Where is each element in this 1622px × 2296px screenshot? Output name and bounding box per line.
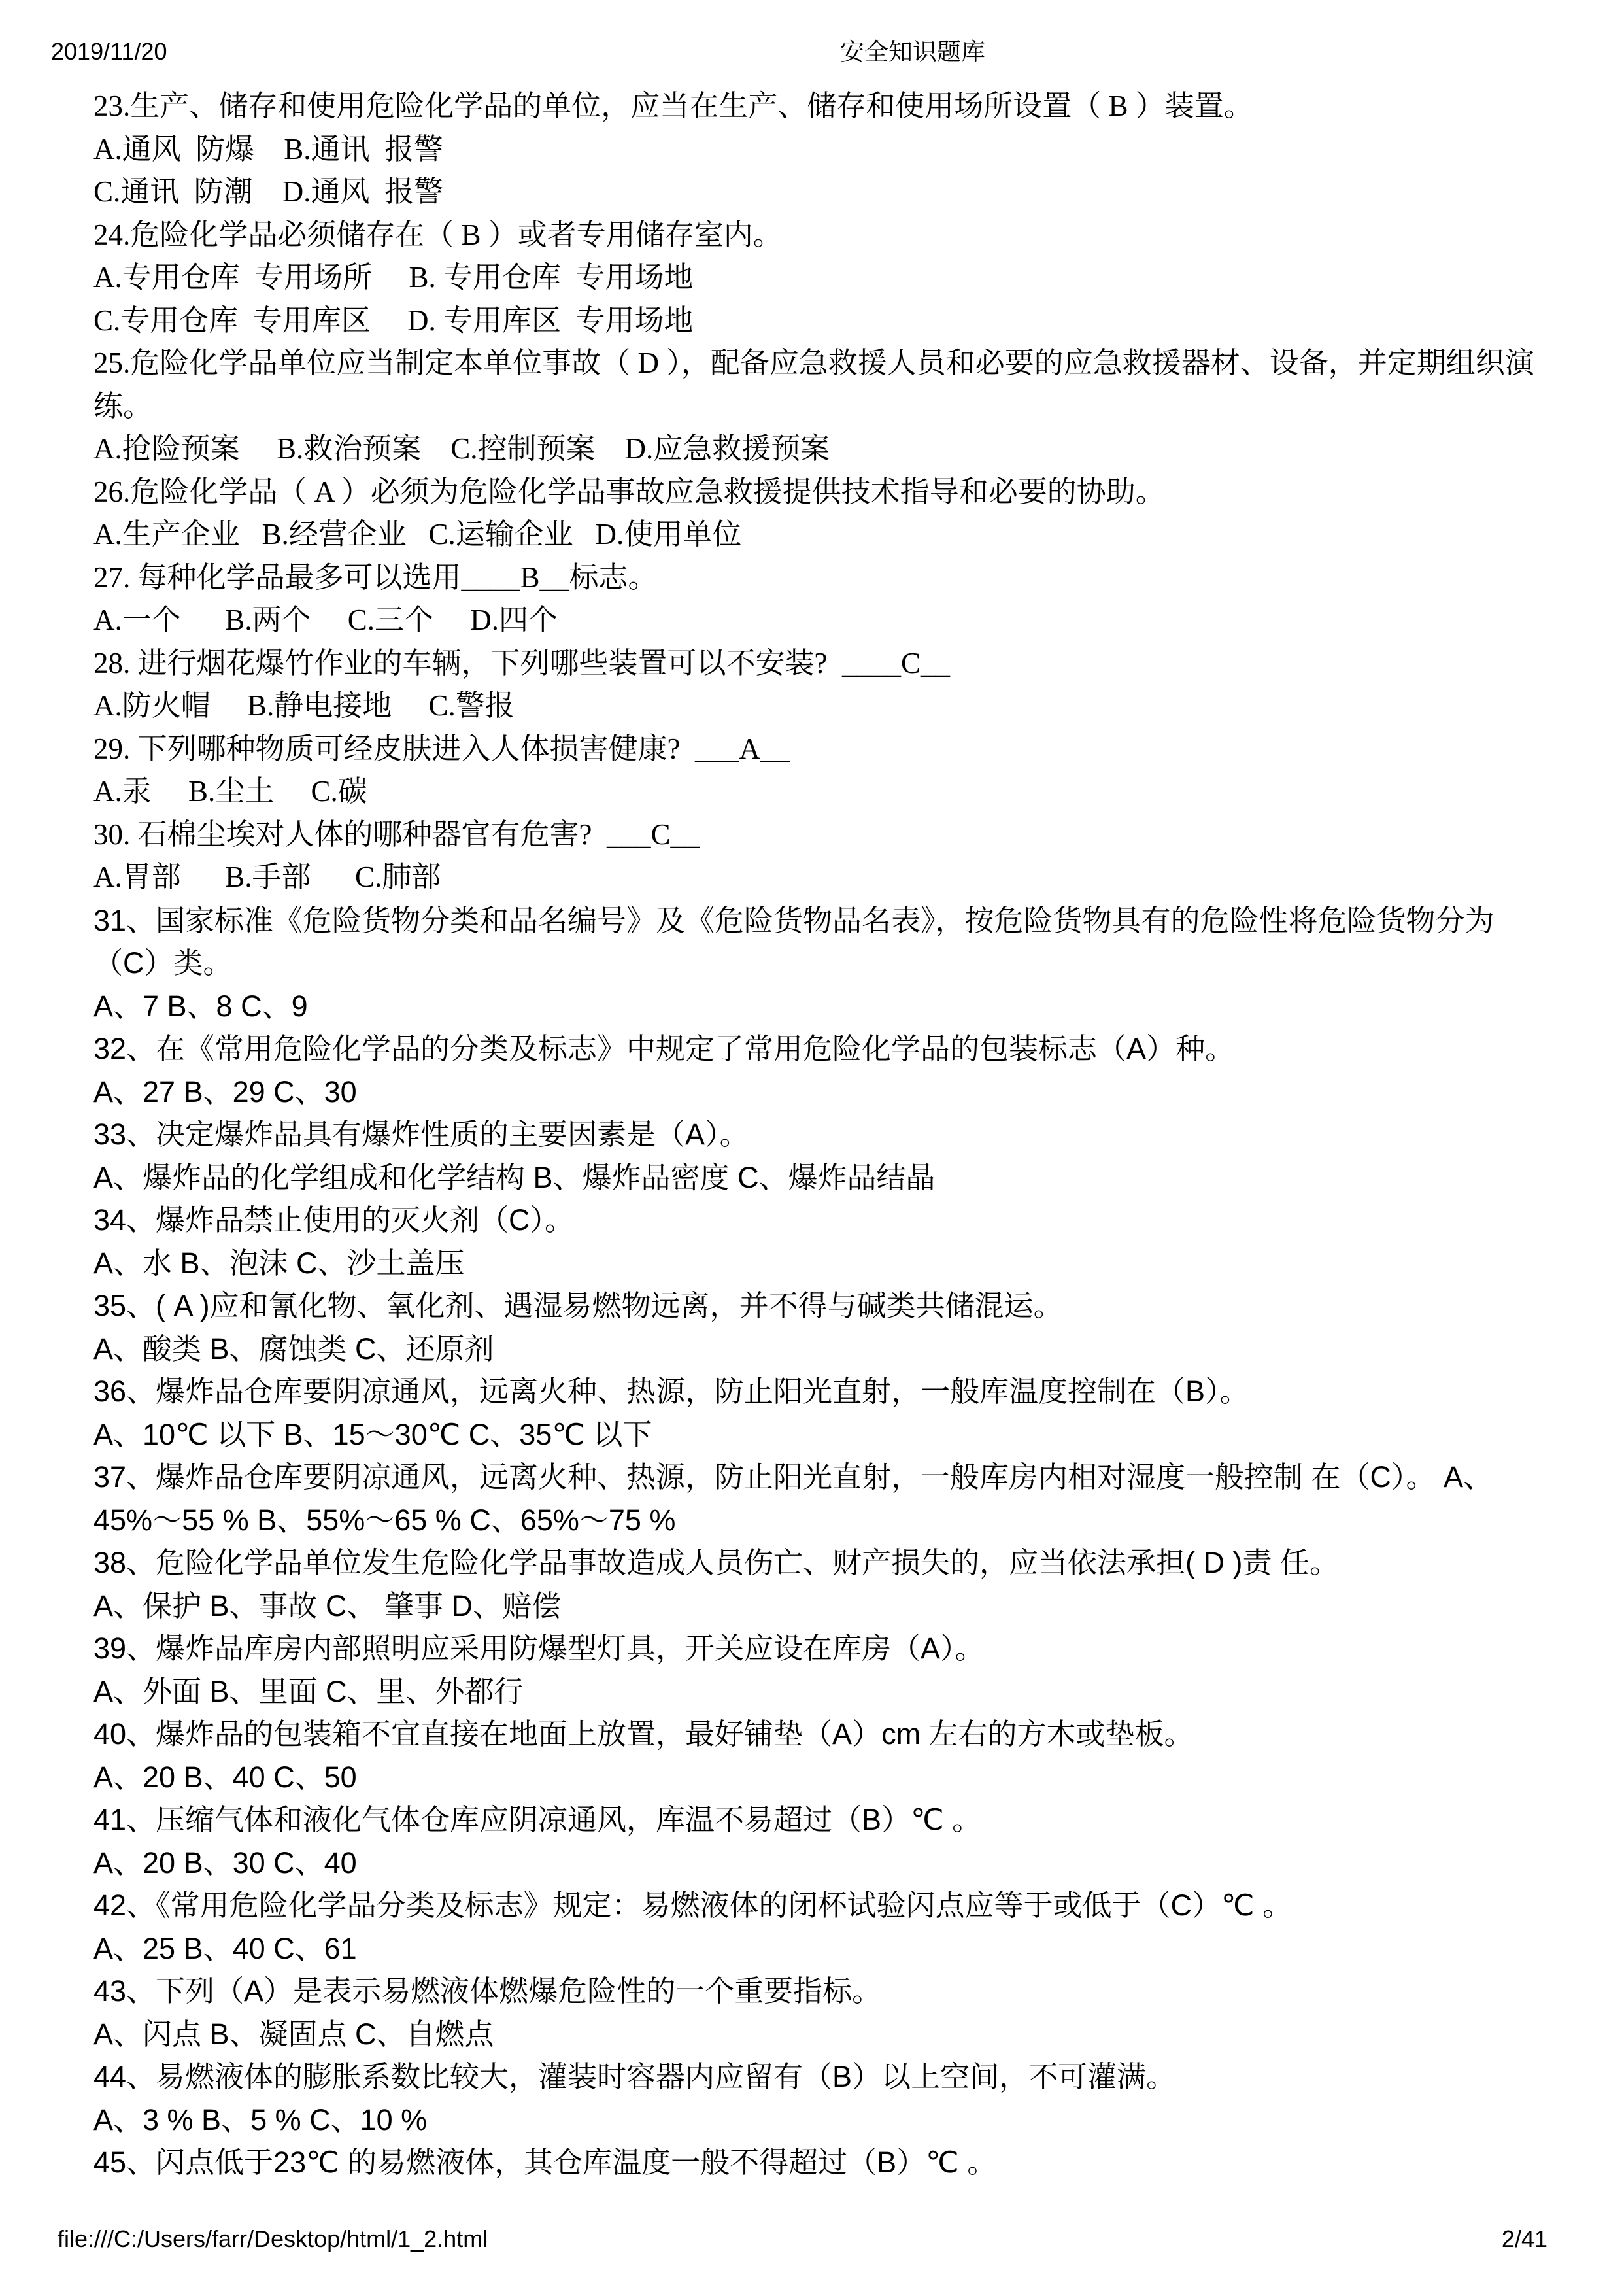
question-23-line-3: C.通讯 防潮 D.通风 报警 <box>93 171 1589 214</box>
question-39-line-1: 39、爆炸品库房内部照明应采用防爆型灯具，开关应设在库房（A）。 <box>93 1627 1589 1670</box>
footer-page-number: 2/41 <box>1502 2227 1547 2251</box>
question-37-line-1: 37、爆炸品仓库要阴凉通风，远离火种、热源，防止阳光直射，一般库房内相对湿度一般… <box>93 1456 1589 1499</box>
question-35-line-2: A、酸类 B、腐蚀类 C、还原剂 <box>93 1328 1589 1371</box>
question-list: 23.生产、储存和使用危险化学品的单位，应当在生产、储存和使用场所设置（ B ）… <box>93 85 1589 2184</box>
question-42-line-2: A、25 B、40 C、61 <box>93 1927 1589 1970</box>
question-34-line-1: 34、爆炸品禁止使用的灭火剂（C）。 <box>93 1199 1589 1242</box>
question-35-line-1: 35、( A )应和氰化物、氧化剂、遇湿易燃物远离，并不得与碱类共储混运。 <box>93 1284 1589 1328</box>
question-25-line-2: 练。 <box>93 385 1589 428</box>
question-29-line-2: A.汞 B.尘土 C.碳 <box>93 770 1589 814</box>
question-30-line-1: 30. 石棉尘埃对人体的哪种器官有危害? ___C__ <box>93 814 1589 857</box>
question-34-line-2: A、水 B、泡沫 C、沙土盖压 <box>93 1242 1589 1285</box>
header-title: 安全知识题库 <box>840 41 985 65</box>
question-23-line-1: 23.生产、储存和使用危险化学品的单位，应当在生产、储存和使用场所设置（ B ）… <box>93 85 1589 128</box>
question-39-line-2: A、外面 B、里面 C、里、外都行 <box>93 1670 1589 1713</box>
question-28-line-1: 28. 进行烟花爆竹作业的车辆，下列哪些装置可以不安装? ____C__ <box>93 642 1589 685</box>
question-43-line-2: A、闪点 B、凝固点 C、自燃点 <box>93 2013 1589 2056</box>
question-32-line-1: 32、在《常用危险化学品的分类及标志》中规定了常用危险化学品的包装标志（A）种。 <box>93 1027 1589 1071</box>
question-40-line-2: A、20 B、40 C、50 <box>93 1756 1589 1799</box>
question-33-line-2: A、爆炸品的化学组成和化学结构 B、爆炸品密度 C、爆炸品结晶 <box>93 1156 1589 1199</box>
question-29-line-1: 29. 下列哪种物质可经皮肤进入人体损害健康? ___A__ <box>93 728 1589 771</box>
question-37-line-2: 45%～55 % B、55%～65 % C、65%～75 % <box>93 1499 1589 1542</box>
question-31-line-2: （C）类。 <box>93 942 1589 985</box>
question-41-line-2: A、20 B、30 C、40 <box>93 1842 1589 1885</box>
question-27-line-2: A.一个 B.两个 C.三个 D.四个 <box>93 599 1589 642</box>
question-31-line-1: 31、国家标准《危险货物分类和品名编号》及《危险货物品名表》，按危险货物具有的危… <box>93 899 1589 942</box>
question-36-line-1: 36、爆炸品仓库要阴凉通风，远离火种、热源，防止阳光直射，一般库温度控制在（B）… <box>93 1370 1589 1413</box>
question-45-line-1: 45、闪点低于23℃ 的易燃液体，其仓库温度一般不得超过（B）℃ 。 <box>93 2141 1589 2184</box>
question-24-line-1: 24.危险化学品必须储存在（ B ）或者专用储存室内。 <box>93 214 1589 257</box>
question-25-line-1: 25.危险化学品单位应当制定本单位事故（ D ），配备应急救援人员和必要的应急救… <box>93 342 1589 385</box>
question-25-line-3: A.抢险预案 B.救治预案 C.控制预案 D.应急救援预案 <box>93 428 1589 471</box>
question-36-line-2: A、10℃ 以下 B、15～30℃ C、35℃ 以下 <box>93 1413 1589 1456</box>
question-41-line-1: 41、压缩气体和液化气体仓库应阴凉通风，库温不易超过（B）℃ 。 <box>93 1798 1589 1842</box>
question-38-line-2: A、保护 B、事故 C、 肇事 D、赔偿 <box>93 1585 1589 1628</box>
question-24-line-3: C.专用仓库 专用库区 D. 专用库区 专用场地 <box>93 300 1589 343</box>
question-38-line-1: 38、危险化学品单位发生危险化学品事故造成人员伤亡、财产损失的，应当依法承担( … <box>93 1541 1589 1585</box>
question-43-line-1: 43、下列（A）是表示易燃液体燃爆危险性的一个重要指标。 <box>93 1970 1589 2013</box>
question-40-line-1: 40、爆炸品的包装箱不宜直接在地面上放置，最好铺垫（A）cm 左右的方木或垫板。 <box>93 1713 1589 1756</box>
question-26-line-2: A.生产企业 B.经营企业 C.运输企业 D.使用单位 <box>93 513 1589 557</box>
question-32-line-2: A、27 B、29 C、30 <box>93 1071 1589 1114</box>
question-27-line-1: 27. 每种化学品最多可以选用____B__标志。 <box>93 557 1589 600</box>
question-24-line-2: A.专用仓库 专用场所 B. 专用仓库 专用场地 <box>93 256 1589 300</box>
question-31-line-3: A、7 B、8 C、9 <box>93 985 1589 1028</box>
question-44-line-2: A、3 % B、5 % C、10 % <box>93 2099 1589 2142</box>
question-23-line-2: A.通风 防爆 B.通讯 报警 <box>93 128 1589 171</box>
question-44-line-1: 44、易燃液体的膨胀系数比较大，灌装时容器内应留有（B）以上空间，不可灌满。 <box>93 2055 1589 2099</box>
question-28-line-2: A.防火帽 B.静电接地 C.警报 <box>93 685 1589 728</box>
document-page: 2019/11/20 安全知识题库 23.生产、储存和使用危险化学品的单位，应当… <box>0 0 1622 2296</box>
question-26-line-1: 26.危险化学品（ A ）必须为危险化学品事故应急救援提供技术指导和必要的协助。 <box>93 471 1589 514</box>
question-42-line-1: 42、《常用危险化学品分类及标志》规定：易燃液体的闭杯试验闪点应等于或低于（C）… <box>93 1884 1589 1927</box>
question-30-line-2: A.胃部 B.手部 C.肺部 <box>93 856 1589 899</box>
footer-file-url: file:///C:/Users/farr/Desktop/html/1_2.h… <box>58 2227 488 2251</box>
header-date: 2019/11/20 <box>51 40 167 63</box>
question-33-line-1: 33、决定爆炸品具有爆炸性质的主要因素是（A）。 <box>93 1113 1589 1156</box>
